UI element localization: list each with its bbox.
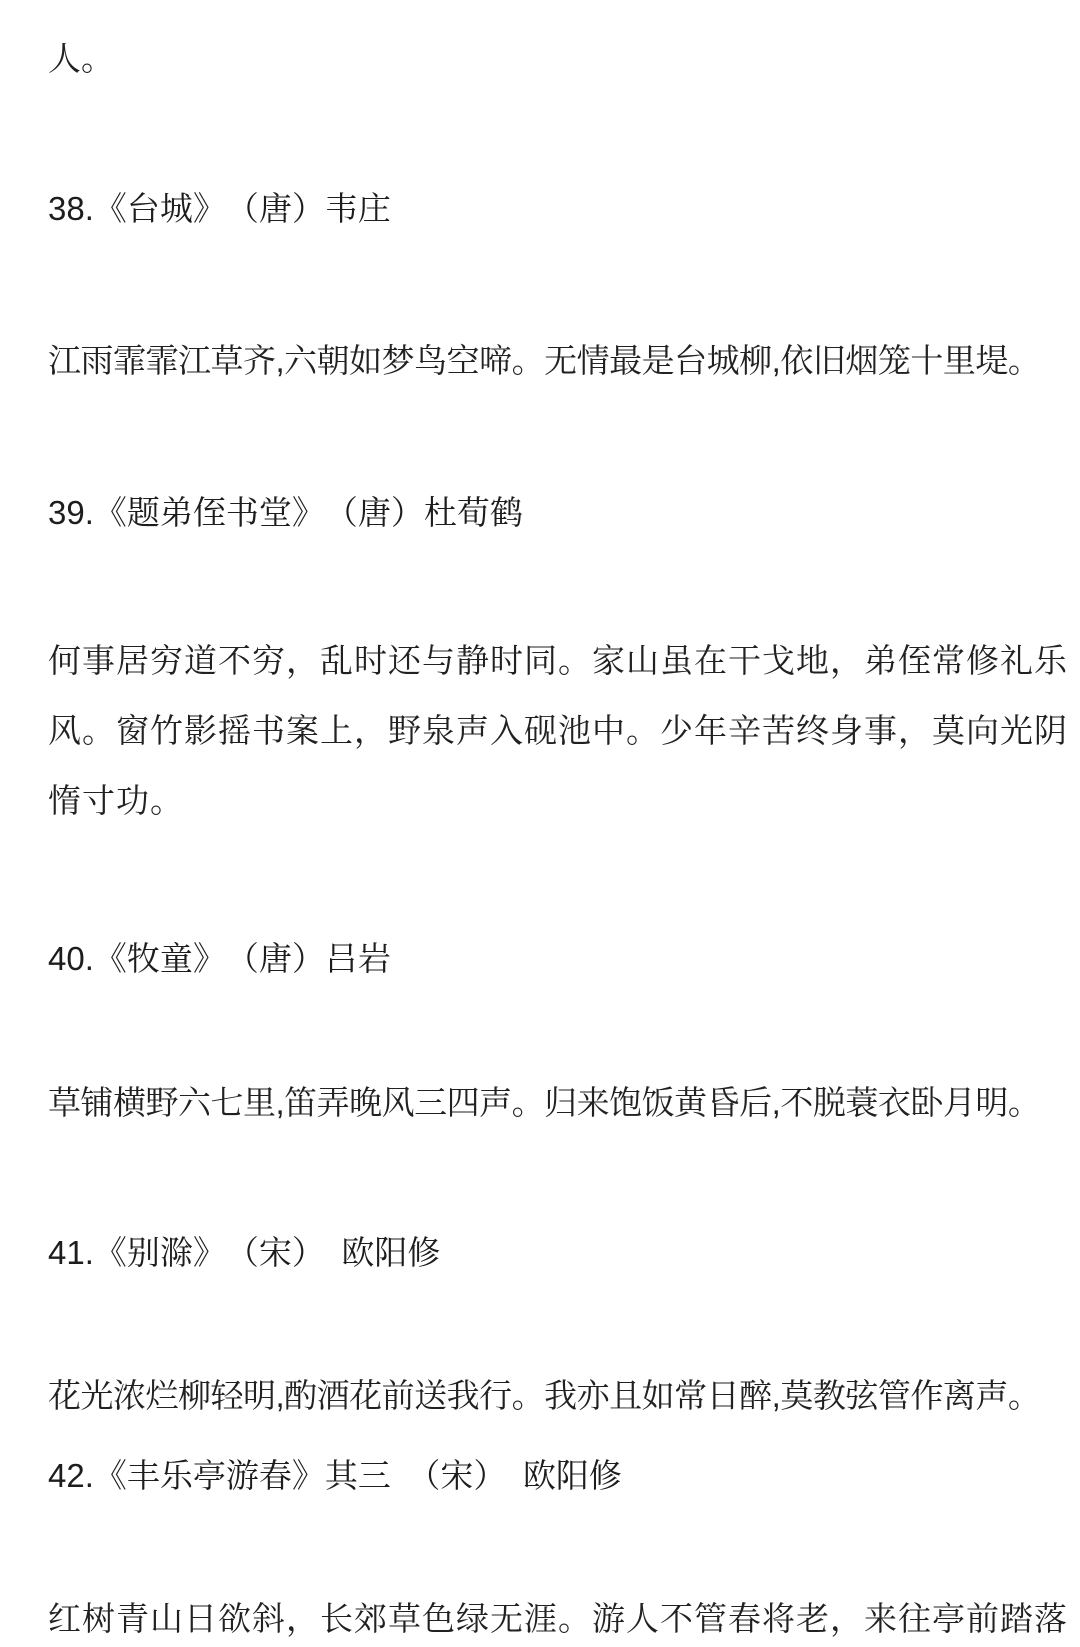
poem-heading-39: 39.《题弟侄书堂》 （唐）杜荀鹤 xyxy=(48,494,523,532)
poem-heading-42: 42.《丰乐亭游春》其三 （宋） 欧阳修 xyxy=(48,1457,622,1495)
poem-line: 红树青山日欲斜，长郊草色绿无涯。游人不管春将老，来往亭前踏落 xyxy=(48,1600,1068,1638)
poem-list-page: 人。 38.《台城》 （唐）韦庄 江雨霏霏江草齐,六朝如梦鸟空啼。无情最是台城柳… xyxy=(0,0,1080,1647)
poem-fragment: 人。 xyxy=(48,40,114,78)
poem-line: 花光浓烂柳轻明,酌酒花前送我行。我亦且如常日醉,莫教弦管作离声。 xyxy=(48,1377,1040,1415)
poem-heading-41: 41.《别滁》 （宋） 欧阳修 xyxy=(48,1234,440,1272)
poem-line: 惰寸功。 xyxy=(48,782,184,820)
poem-line: 何事居穷道不穷，乱时还与静时同。家山虽在干戈地，弟侄常修礼乐 xyxy=(48,642,1068,680)
poem-line: 草铺横野六七里,笛弄晚风三四声。归来饱饭黄昏后,不脱蓑衣卧月明。 xyxy=(48,1084,1040,1122)
poem-line: 江雨霏霏江草齐,六朝如梦鸟空啼。无情最是台城柳,依旧烟笼十里堤。 xyxy=(48,342,1040,380)
poem-line: 风。窗竹影摇书案上，野泉声入砚池中。少年辛苦终身事，莫向光阴 xyxy=(48,712,1068,750)
poem-heading-38: 38.《台城》 （唐）韦庄 xyxy=(48,190,391,228)
poem-heading-40: 40.《牧童》 （唐）吕岩 xyxy=(48,940,391,978)
